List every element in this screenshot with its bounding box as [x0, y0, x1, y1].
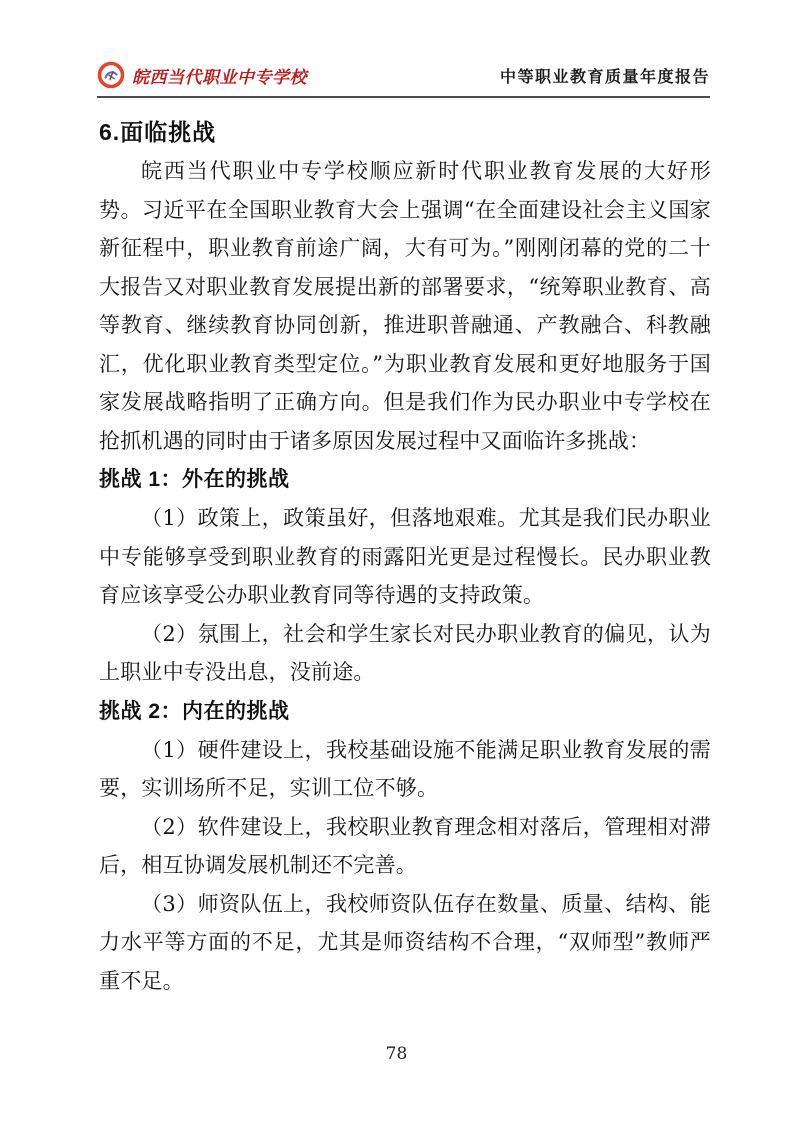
page-number: 78: [386, 1044, 408, 1064]
challenge2-paragraph-3: （3）师资队伍上，我校师资队伍存在数量、质量、结构、能力水平等方面的不足，尤其是…: [99, 885, 711, 1001]
document-body: 6.面临挑战 皖西当代职业中专学校顺应新时代职业教育发展的大好形势。习近平在全国…: [99, 112, 711, 1000]
challenge2-paragraph-1: （1）硬件建设上，我校基础设施不能满足职业教育发展的需要，实训场所不足，实训工位…: [99, 731, 711, 808]
school-brand: 皖西当代职业中专学校: [97, 61, 307, 89]
intro-paragraph: 皖西当代职业中专学校顺应新时代职业教育发展的大好形势。习近平在全国职业教育大会上…: [99, 152, 711, 460]
challenge1-paragraph-1: （1）政策上，政策虽好，但落地艰难。尤其是我们民办职业中专能够享受到职业教育的雨…: [99, 499, 711, 615]
challenge2-heading: 挑战 2：内在的挑战: [99, 692, 711, 731]
page-footer: 78: [0, 1044, 793, 1064]
school-name: 皖西当代职业中专学校: [132, 63, 307, 88]
section-heading: 6.面临挑战: [99, 112, 711, 152]
challenge1-paragraph-2: （2）氛围上，社会和学生家长对民办职业教育的偏见，认为上职业中专没出息，没前途。: [99, 615, 711, 692]
challenge2-paragraph-2: （2）软件建设上，我校职业教育理念相对落后，管理相对滞后，相互协调发展机制还不完…: [99, 808, 711, 885]
page-header: 皖西当代职业中专学校 中等职业教育质量年度报告: [97, 60, 710, 98]
challenge1-heading: 挑战 1：外在的挑战: [99, 460, 711, 499]
school-logo-icon: [97, 61, 125, 89]
report-title: 中等职业教育质量年度报告: [500, 64, 710, 87]
document-page: 皖西当代职业中专学校 中等职业教育质量年度报告 6.面临挑战 皖西当代职业中专学…: [0, 0, 793, 1122]
